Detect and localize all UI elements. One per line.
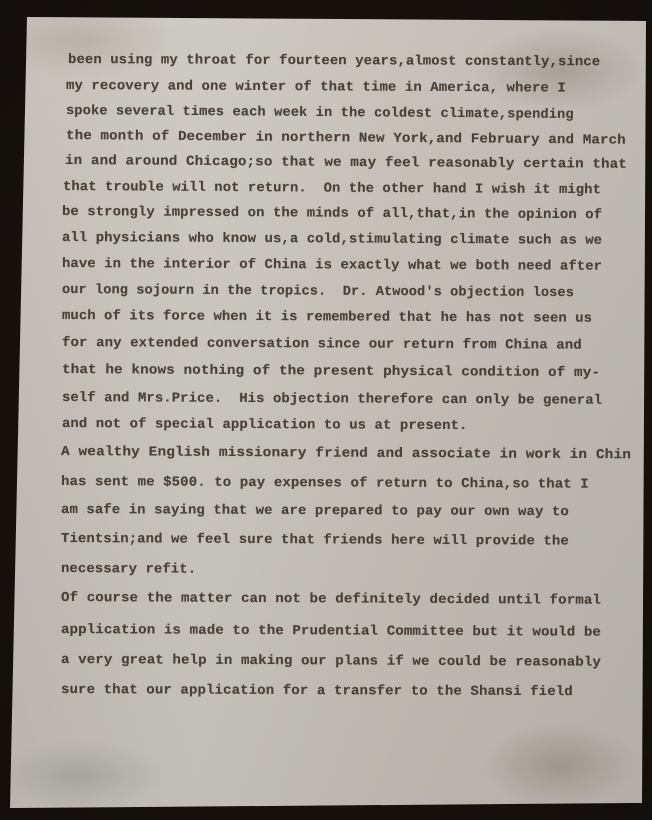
text-line: necessary refit. — [61, 563, 196, 577]
text-line: Of course the matter can not be definite… — [61, 592, 601, 608]
text-line: self and Mrs.Price. His objection theref… — [62, 392, 602, 408]
text-line: be strongly impressed on the minds of al… — [62, 206, 602, 223]
text-line: for any extended conversation since our … — [62, 337, 582, 353]
text-line: am safe in saying that we are prepared t… — [61, 504, 569, 520]
text-line: our long sojourn in the tropics. Dr. Atw… — [62, 284, 574, 301]
text-line: Tientsin;and we feel sure that friends h… — [61, 533, 569, 549]
text-line: my recovery and one winter of that time … — [66, 80, 566, 96]
text-line: a very great help in making our plans if… — [61, 654, 601, 670]
text-line: has sent me $500. to pay expenses of ret… — [61, 476, 589, 492]
letter-text: been using my throat for fourteen years,… — [0, 0, 652, 820]
text-line: sure that our application for a transfer… — [61, 684, 573, 700]
text-line: spoke several times each week in the col… — [66, 105, 574, 123]
photograph: been using my throat for fourteen years,… — [0, 0, 652, 820]
text-line: application is made to the Prudential Co… — [61, 624, 601, 640]
text-line: much of its force when it is remembered … — [62, 310, 592, 326]
text-line: and not of special application to us at … — [62, 418, 468, 434]
text-line: the month of December in northern New Yo… — [66, 130, 626, 148]
text-line: in and around Chicago;so that we may fee… — [65, 155, 627, 172]
text-line: have in the interior of China is exactly… — [62, 258, 602, 274]
text-line: been using my throat for fourteen years,… — [68, 54, 600, 70]
text-line: that trouble will not return. On the oth… — [63, 181, 601, 198]
text-line: that he knows nothing of the present phy… — [62, 364, 600, 381]
text-line: all physicians who know us,a cold,stimul… — [62, 232, 602, 248]
text-line: A wealthy English missionary friend and … — [61, 446, 631, 463]
